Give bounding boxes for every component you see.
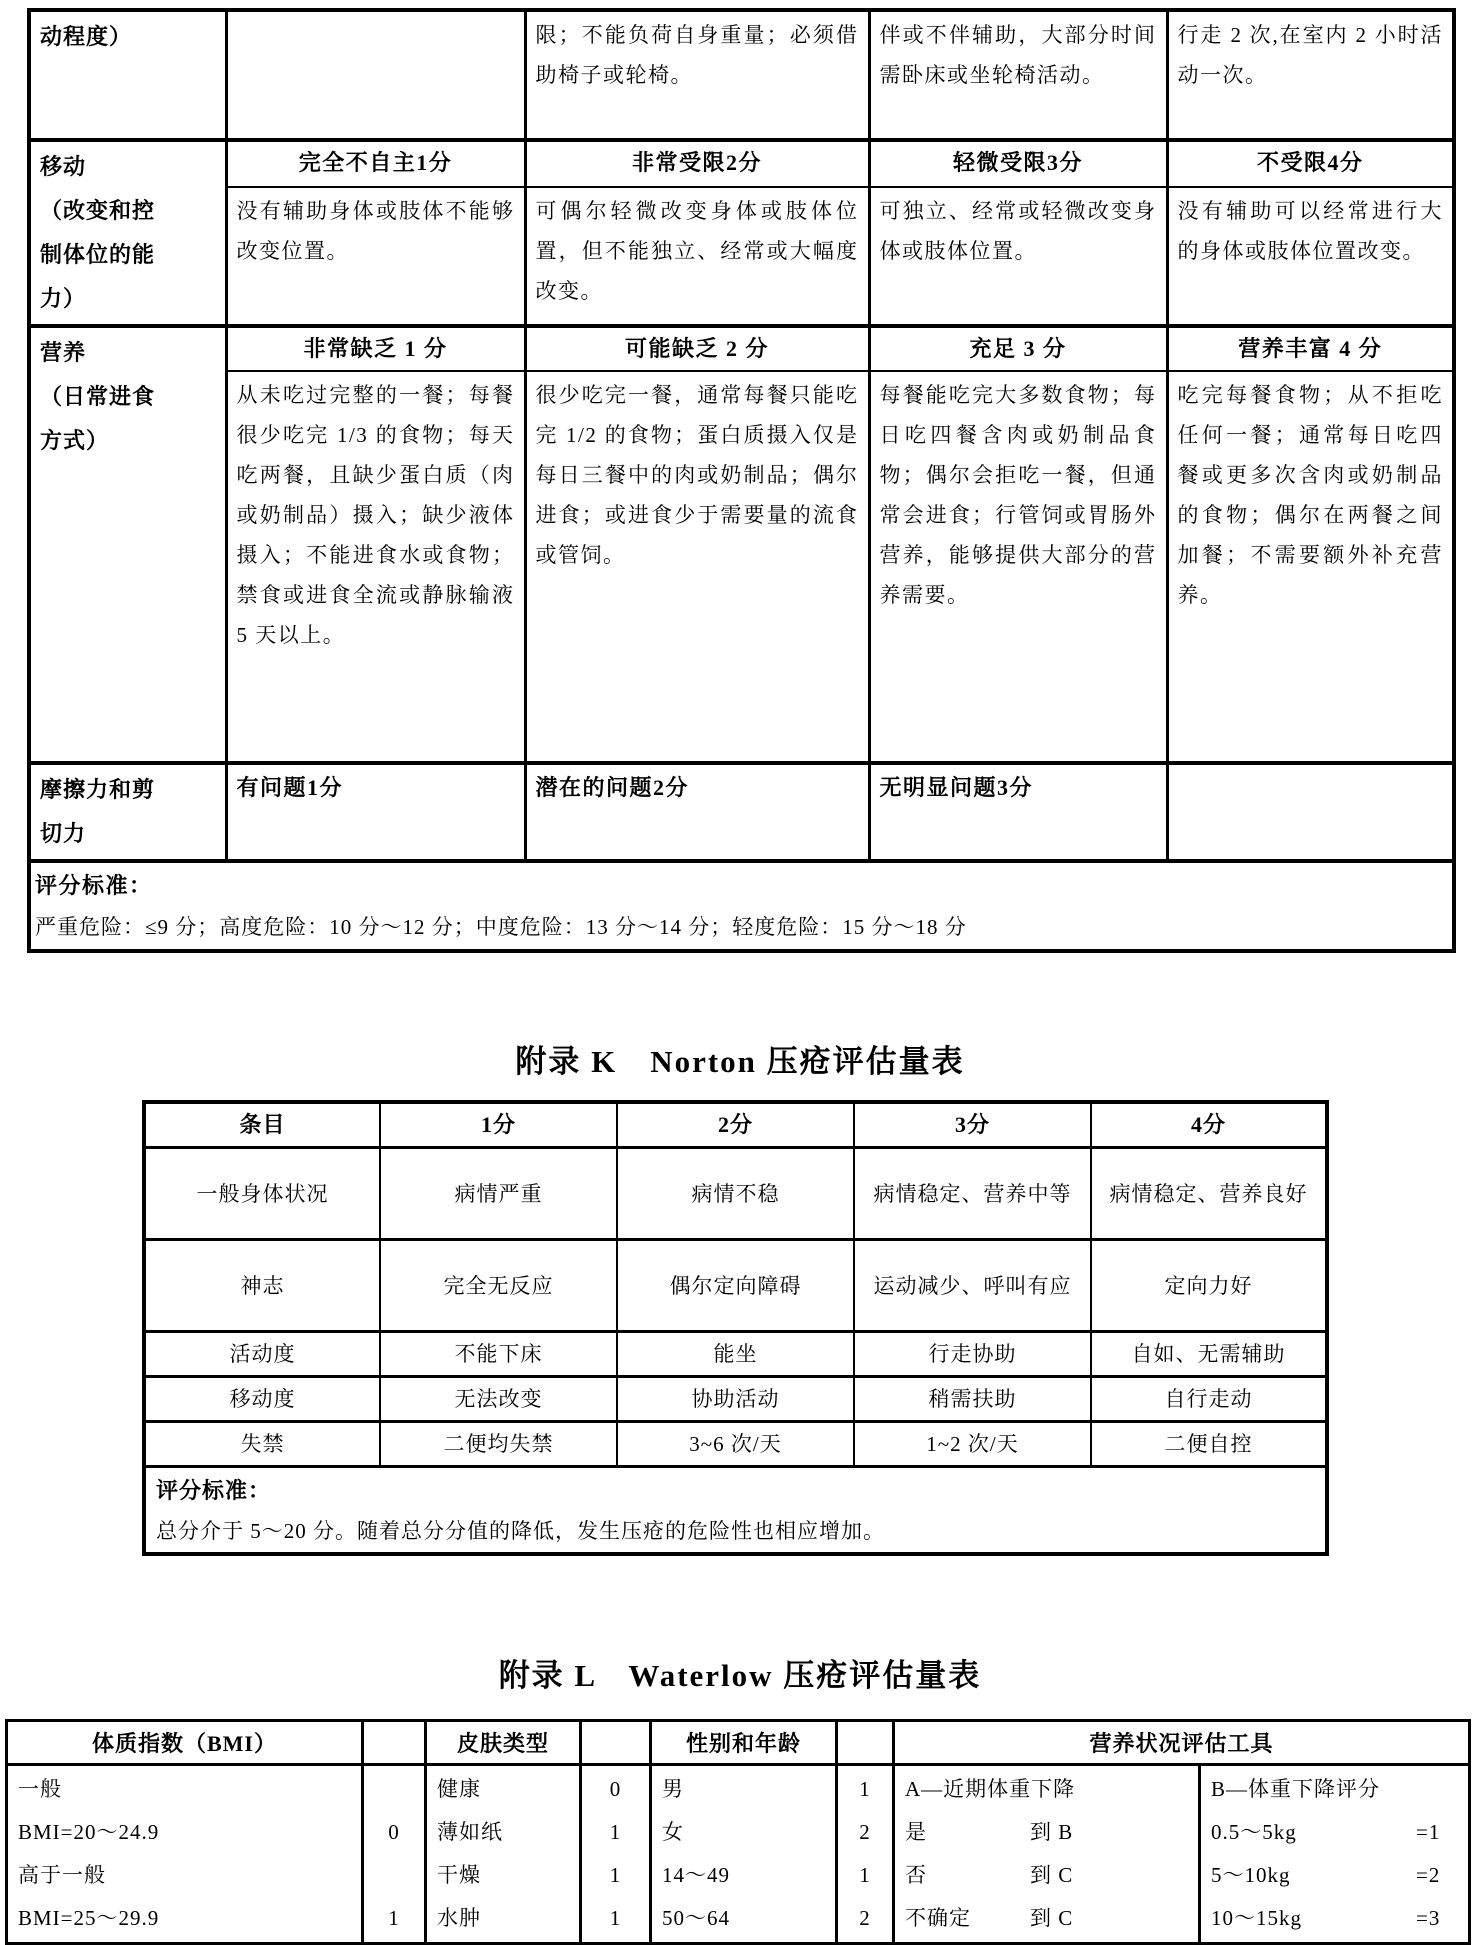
label-line: 动程度） xyxy=(40,15,216,59)
braden-score-header: 无明显问题3分 xyxy=(869,763,1167,861)
norton-column-header: 条目 xyxy=(144,1102,380,1148)
list-item: 女 xyxy=(662,1811,825,1854)
norton-scoring-cell: 评分标准： 总分介于 5～20 分。随着总分分值的降低，发生压疮的危险性也相应增… xyxy=(144,1467,1327,1555)
score-value: 1 xyxy=(584,1854,647,1897)
norton-row: 移动度 无法改变 协助活动 稍需扶助 自行走动 xyxy=(144,1377,1327,1422)
item-goto: 到 B xyxy=(1030,1811,1073,1854)
braden-scoring-cell: 评分标准： 严重危险：≤9 分；高度危险：10 分～12 分；中度危险：13 分… xyxy=(29,861,1454,951)
waterlow-column-header: 体质指数（BMI） xyxy=(7,1721,363,1765)
label-line: 方式） xyxy=(40,419,216,463)
waterlow-column-header xyxy=(581,1721,651,1765)
score-value: 1 xyxy=(584,1897,647,1940)
list-item: 薄如纸 xyxy=(437,1811,569,1854)
score-value: 2 xyxy=(840,1811,890,1854)
norton-cell: 无法改变 xyxy=(380,1377,617,1422)
label-line: （日常进食 xyxy=(40,375,216,419)
score-value: 2 xyxy=(840,1897,890,1940)
norton-cell: 不能下床 xyxy=(380,1332,617,1377)
braden-score-header: 潜在的问题2分 xyxy=(525,763,869,861)
braden-score-header: 可能缺乏 2 分 xyxy=(525,326,869,371)
score-value: 1 xyxy=(584,1811,647,1854)
norton-scoring-row: 评分标准： 总分介于 5～20 分。随着总分分值的降低，发生压疮的危险性也相应增… xyxy=(144,1467,1327,1555)
norton-cell: 定向力好 xyxy=(1091,1240,1327,1332)
waterlow-nutrition-b: B—体重下降评分 0.5～5kg=1 5～10kg=2 10～15kg=3 xyxy=(1200,1765,1470,1944)
waterlow-nutrition-a: A—近期体重下降 是到 B 否到 C 不确定到 C xyxy=(894,1765,1200,1944)
waterlow-skin-items: 健康 薄如纸 干燥 水肿 xyxy=(426,1765,581,1944)
item-text: 不确定 xyxy=(905,1897,1030,1940)
list-item: 10～15kg=3 xyxy=(1211,1897,1458,1940)
braden-cell: 没有辅助身体或肢体不能够改变位置。 xyxy=(226,187,525,327)
norton-cell: 自如、无需辅助 xyxy=(1091,1332,1327,1377)
list-item: 14～49 xyxy=(662,1854,825,1897)
norton-cell: 病情不稳 xyxy=(617,1148,854,1240)
norton-cell: 病情严重 xyxy=(380,1148,617,1240)
item-goto: 到 C xyxy=(1030,1854,1073,1897)
item-text: A—近期体重下降 xyxy=(905,1768,1030,1811)
braden-cell: 伴或不伴辅助，大部分时间需卧床或坐轮椅活动。 xyxy=(869,10,1167,140)
norton-cell: 二便自控 xyxy=(1091,1422,1327,1467)
list-item: A—近期体重下降 xyxy=(905,1768,1188,1811)
label-line: 制体位的能 xyxy=(40,233,216,277)
norton-scale-table: 条目 1分 2分 3分 4分 一般身体状况 病情严重 病情不稳 病情稳定、营养中… xyxy=(142,1100,1329,1556)
waterlow-column-header: 性别和年龄 xyxy=(651,1721,837,1765)
item-goto: 到 C xyxy=(1030,1897,1073,1940)
braden-score-header: 充足 3 分 xyxy=(869,326,1167,371)
item-text: 否 xyxy=(905,1854,1030,1897)
list-item: 干燥 xyxy=(437,1854,569,1897)
braden-row-label: 动程度） xyxy=(29,10,226,140)
waterlow-bmi-items: 一般 BMI=20～24.9 高于一般 BMI=25～29.9 xyxy=(7,1765,363,1944)
item-text: 0.5～5kg xyxy=(1211,1811,1416,1854)
norton-column-header: 4分 xyxy=(1091,1102,1327,1148)
braden-cell: 每餐能吃完大多数食物；每日吃四餐含肉或奶制品食物；偶尔会拒吃一餐，但通常会进食；… xyxy=(869,371,1167,763)
norton-cell: 1~2 次/天 xyxy=(854,1422,1091,1467)
braden-cell: 限；不能负荷自身重量；必须借助椅子或轮椅。 xyxy=(525,10,869,140)
norton-cell: 病情稳定、营养中等 xyxy=(854,1148,1091,1240)
norton-cell: 二便均失禁 xyxy=(380,1422,617,1467)
list-item: BMI=20～24.9 xyxy=(18,1811,351,1854)
list-item: BMI=25～29.9 xyxy=(18,1897,351,1940)
norton-cell: 自行走动 xyxy=(1091,1377,1327,1422)
braden-row-nutrition-headers: 营养 （日常进食 方式） 非常缺乏 1 分 可能缺乏 2 分 充足 3 分 营养… xyxy=(29,326,1454,371)
norton-cell: 完全无反应 xyxy=(380,1240,617,1332)
braden-row-friction: 摩擦力和剪 切力 有问题1分 潜在的问题2分 无明显问题3分 xyxy=(29,763,1454,861)
label-line: 力） xyxy=(40,277,216,321)
score-value xyxy=(366,1854,422,1897)
scoring-text: 总分介于 5～20 分。随着总分分值的降低，发生压疮的危险性也相应增加。 xyxy=(156,1512,1315,1550)
braden-cell xyxy=(226,10,525,140)
braden-cell: 吃完每餐食物；从不拒吃任何一餐；通常每日吃四餐或更多次含肉或奶制品的食物；偶尔在… xyxy=(1167,371,1454,763)
norton-cell: 偶尔定向障碍 xyxy=(617,1240,854,1332)
braden-scale-table: 动程度） 限；不能负荷自身重量；必须借助椅子或轮椅。 伴或不伴辅助，大部分时间需… xyxy=(27,8,1456,953)
norton-section-title: 附录 K Norton 压疮评估量表 xyxy=(0,1036,1480,1081)
braden-score-header: 非常缺乏 1 分 xyxy=(226,326,525,371)
list-item: 水肿 xyxy=(437,1897,569,1940)
list-item: 5～10kg=2 xyxy=(1211,1854,1458,1897)
scoring-text: 严重危险：≤9 分；高度危险：10 分～12 分；中度危险：13 分～14 分；… xyxy=(35,907,1448,947)
waterlow-skin-scores: 0 1 1 1 xyxy=(581,1765,651,1944)
waterlow-sex-age-scores: 1 2 1 2 xyxy=(837,1765,894,1944)
waterlow-section-title: 附录 L Waterlow 压疮评估量表 xyxy=(0,1650,1480,1695)
braden-score-header xyxy=(1167,763,1454,861)
norton-header-row: 条目 1分 2分 3分 4分 xyxy=(144,1102,1327,1148)
waterlow-column-header: 营养状况评估工具 xyxy=(894,1721,1470,1765)
braden-score-header: 非常受限2分 xyxy=(525,140,869,187)
norton-cell: 病情稳定、营养良好 xyxy=(1091,1148,1327,1240)
braden-row-label: 摩擦力和剪 切力 xyxy=(29,763,226,861)
braden-cell: 没有辅助可以经常进行大的身体或肢体位置改变。 xyxy=(1167,187,1454,327)
list-item: 一般 xyxy=(18,1768,351,1811)
braden-row-activity-cont: 动程度） 限；不能负荷自身重量；必须借助椅子或轮椅。 伴或不伴辅助，大部分时间需… xyxy=(29,10,1454,140)
waterlow-sex-age-items: 男 女 14～49 50～64 xyxy=(651,1765,837,1944)
label-line: （改变和控 xyxy=(40,189,216,233)
list-item: 男 xyxy=(662,1768,825,1811)
norton-row: 活动度 不能下床 能坐 行走协助 自如、无需辅助 xyxy=(144,1332,1327,1377)
score-value: 1 xyxy=(366,1897,422,1940)
waterlow-bmi-scores: 0 1 xyxy=(363,1765,426,1944)
braden-score-header: 营养丰富 4 分 xyxy=(1167,326,1454,371)
braden-cell: 很少吃完一餐，通常每餐只能吃完 1/2 的食物；蛋白质摄入仅是每日三餐中的肉或奶… xyxy=(525,371,869,763)
braden-row-nutrition-body: 从未吃过完整的一餐；每餐很少吃完 1/3 的食物；每天吃两餐，且缺少蛋白质（肉或… xyxy=(29,371,1454,763)
norton-row-label: 神志 xyxy=(144,1240,380,1332)
score-value: 1 xyxy=(840,1768,890,1811)
scoring-label: 评分标准： xyxy=(156,1470,1315,1512)
braden-score-header: 轻微受限3分 xyxy=(869,140,1167,187)
waterlow-header-row: 体质指数（BMI） 皮肤类型 性别和年龄 营养状况评估工具 xyxy=(7,1721,1470,1765)
norton-row: 一般身体状况 病情严重 病情不稳 病情稳定、营养中等 病情稳定、营养良好 xyxy=(144,1148,1327,1240)
norton-row-label: 移动度 xyxy=(144,1377,380,1422)
braden-score-header: 有问题1分 xyxy=(226,763,525,861)
list-item: B—体重下降评分 xyxy=(1211,1768,1458,1811)
score-value: 1 xyxy=(840,1854,890,1897)
braden-cell: 可偶尔轻微改变身体或肢体位置，但不能独立、经常或大幅度改变。 xyxy=(525,187,869,327)
list-item: 不确定到 C xyxy=(905,1897,1188,1940)
list-item: 50～64 xyxy=(662,1897,825,1940)
list-item: 高于一般 xyxy=(18,1854,351,1897)
item-score: =3 xyxy=(1416,1897,1440,1940)
braden-cell: 可独立、经常或轻微改变身体或肢体位置。 xyxy=(869,187,1167,327)
norton-row-label: 失禁 xyxy=(144,1422,380,1467)
list-item: 否到 C xyxy=(905,1854,1188,1897)
norton-cell: 运动减少、呼叫有应 xyxy=(854,1240,1091,1332)
scoring-label: 评分标准： xyxy=(35,865,1448,907)
braden-score-header: 完全不自主1分 xyxy=(226,140,525,187)
waterlow-column-header: 皮肤类型 xyxy=(426,1721,581,1765)
braden-row-mobility-headers: 移动 （改变和控 制体位的能 力） 完全不自主1分 非常受限2分 轻微受限3分 … xyxy=(29,140,1454,187)
norton-cell: 协助活动 xyxy=(617,1377,854,1422)
braden-row-mobility-body: 没有辅助身体或肢体不能够改变位置。 可偶尔轻微改变身体或肢体位置，但不能独立、经… xyxy=(29,187,1454,327)
waterlow-column-header xyxy=(363,1721,426,1765)
braden-row-label: 移动 （改变和控 制体位的能 力） xyxy=(29,140,226,326)
braden-score-header: 不受限4分 xyxy=(1167,140,1454,187)
norton-cell: 3~6 次/天 xyxy=(617,1422,854,1467)
label-line: 移动 xyxy=(40,145,216,189)
braden-row-label: 营养 （日常进食 方式） xyxy=(29,326,226,763)
score-value: 0 xyxy=(584,1768,647,1811)
waterlow-body-row: 一般 BMI=20～24.9 高于一般 BMI=25～29.9 0 1 健康 薄… xyxy=(7,1765,1470,1944)
norton-row-label: 活动度 xyxy=(144,1332,380,1377)
item-score: =1 xyxy=(1416,1811,1440,1854)
norton-cell: 能坐 xyxy=(617,1332,854,1377)
braden-cell: 行走 2 次,在室内 2 小时活动一次。 xyxy=(1167,10,1454,140)
label-line: 切力 xyxy=(40,812,216,856)
braden-cell: 从未吃过完整的一餐；每餐很少吃完 1/3 的食物；每天吃两餐，且缺少蛋白质（肉或… xyxy=(226,371,525,763)
list-item: 0.5～5kg=1 xyxy=(1211,1811,1458,1854)
norton-cell: 稍需扶助 xyxy=(854,1377,1091,1422)
label-line: 摩擦力和剪 xyxy=(40,768,216,812)
score-value xyxy=(366,1768,422,1811)
norton-column-header: 1分 xyxy=(380,1102,617,1148)
waterlow-column-header xyxy=(837,1721,894,1765)
list-item: 健康 xyxy=(437,1768,569,1811)
norton-row: 神志 完全无反应 偶尔定向障碍 运动减少、呼叫有应 定向力好 xyxy=(144,1240,1327,1332)
norton-column-header: 3分 xyxy=(854,1102,1091,1148)
item-text: B—体重下降评分 xyxy=(1211,1768,1416,1811)
item-text: 是 xyxy=(905,1811,1030,1854)
item-score: =2 xyxy=(1416,1854,1440,1897)
list-item: 是到 B xyxy=(905,1811,1188,1854)
item-text: 5～10kg xyxy=(1211,1854,1416,1897)
label-line: 营养 xyxy=(40,331,216,375)
norton-cell: 行走协助 xyxy=(854,1332,1091,1377)
item-text: 10～15kg xyxy=(1211,1897,1416,1940)
score-value: 0 xyxy=(366,1811,422,1854)
norton-row-label: 一般身体状况 xyxy=(144,1148,380,1240)
norton-row: 失禁 二便均失禁 3~6 次/天 1~2 次/天 二便自控 xyxy=(144,1422,1327,1467)
braden-row-scoring: 评分标准： 严重危险：≤9 分；高度危险：10 分～12 分；中度危险：13 分… xyxy=(29,861,1454,951)
norton-column-header: 2分 xyxy=(617,1102,854,1148)
waterlow-scale-table: 体质指数（BMI） 皮肤类型 性别和年龄 营养状况评估工具 一般 BMI=20～… xyxy=(5,1719,1471,1945)
